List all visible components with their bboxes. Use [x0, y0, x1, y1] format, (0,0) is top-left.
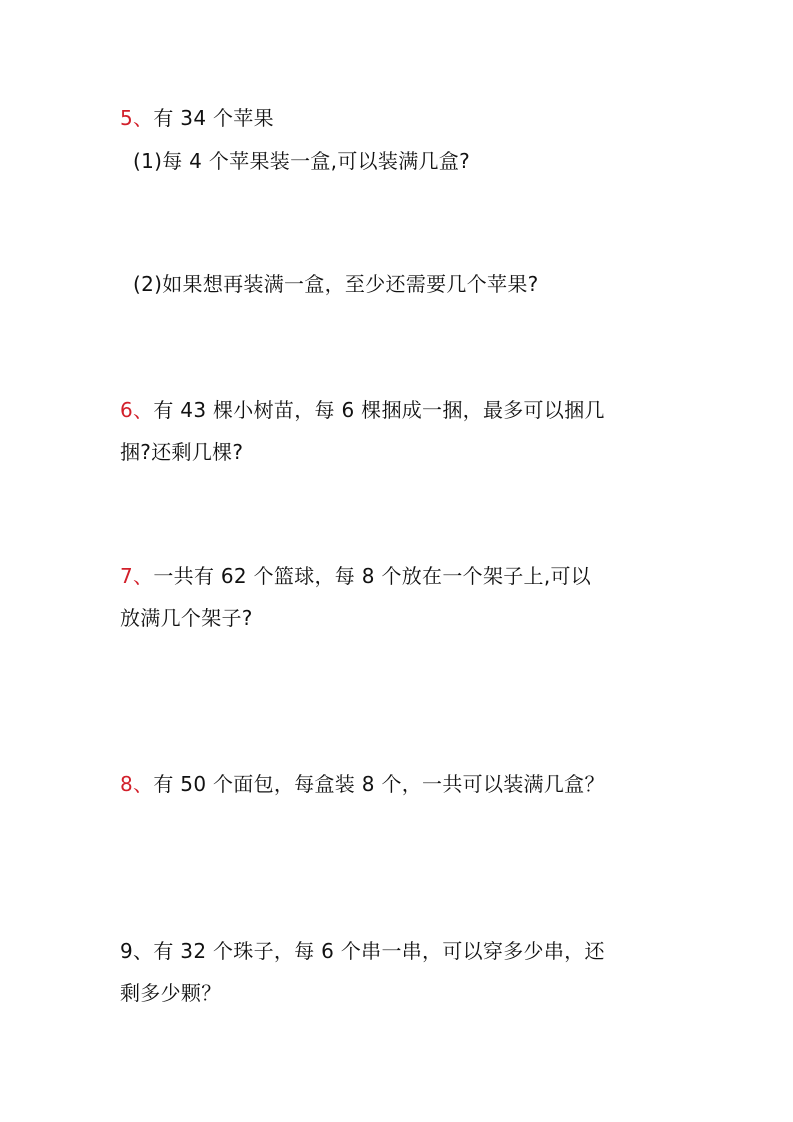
question-8-line-1: 8、有 50 个面包，每盒装 8 个，一共可以装满几盒？: [120, 770, 605, 798]
question-5-line-1: 5、有 34 个苹果: [120, 104, 274, 132]
question-5-sub-2: (2)如果想再装满一盒，至少还需要几个苹果?: [133, 270, 539, 298]
question-7-line-1: 7、一共有 62 个篮球，每 8 个放在一个架子上,可以: [120, 562, 591, 590]
question-6-line-2: 捆?还剩几棵?: [120, 438, 243, 466]
question-text: 有 43 棵小树苗，每 6 棵捆成一捆，最多可以捆几: [153, 398, 604, 422]
question-number: 9、: [120, 939, 153, 963]
question-7-line-2: 放满几个架子?: [120, 604, 253, 632]
question-text: 一共有 62 个篮球，每 8 个放在一个架子上,可以: [153, 564, 591, 588]
question-text: 有 32 个珠子，每 6 个串一串，可以穿多少串，还: [153, 939, 604, 963]
question-9-line-1: 9、有 32 个珠子，每 6 个串一串，可以穿多少串，还: [120, 937, 605, 965]
question-text: 有 50 个面包，每盒装 8 个，一共可以装满几盒？: [153, 772, 604, 796]
question-9-line-2: 剩多少颗？: [120, 979, 222, 1007]
question-number: 5、: [120, 106, 153, 130]
question-number: 6、: [120, 398, 153, 422]
question-number: 7、: [120, 564, 153, 588]
question-6-line-1: 6、有 43 棵小树苗，每 6 棵捆成一捆，最多可以捆几: [120, 396, 605, 424]
question-text: 有 34 个苹果: [153, 106, 274, 130]
question-5-sub-1: (1)每 4 个苹果装一盒,可以装满几盒?: [133, 147, 470, 175]
question-number: 8、: [120, 772, 153, 796]
